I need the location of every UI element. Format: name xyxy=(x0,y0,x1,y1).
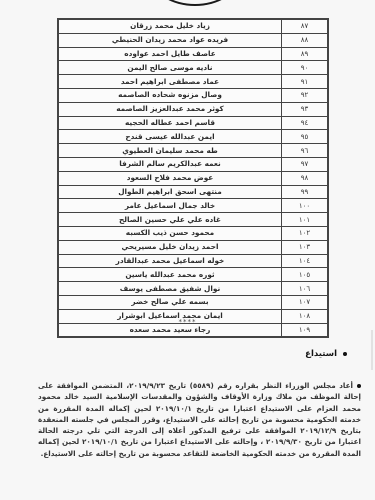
bullet-icon xyxy=(357,384,361,388)
row-name: ناديه موسى صالح اليمن xyxy=(58,61,282,75)
table-row: ٨٨فريده عواد محمد زيدان الحنيطي xyxy=(58,33,328,47)
row-number: ٨٧ xyxy=(282,19,329,33)
row-name: فريده عواد محمد زيدان الحنيطي xyxy=(58,33,282,47)
table-row: ١٠٦نوال شفيق مصطفى يوسف xyxy=(58,282,328,296)
row-number: ١٠٦ xyxy=(282,282,329,296)
row-name: احمد زيدان خليل مسيريحي xyxy=(58,240,282,254)
row-number: ٩٦ xyxy=(282,144,329,158)
row-name: عماد مصطفى ابراهيم احمد xyxy=(58,75,282,89)
section-heading: استيداع xyxy=(305,349,347,359)
row-name: منتهى اسحق ابراهيم الطوال xyxy=(58,185,282,199)
row-number: ٩٥ xyxy=(282,130,329,144)
row-number: ٩٧ xyxy=(282,157,329,171)
row-name: خوله اسماعيل محمد عبدالقادر xyxy=(58,254,282,268)
row-number: ٩٤ xyxy=(282,116,329,130)
decision-paragraph-text: أعاد مجلس الوزراء النظر بقراره رقم (٥٥٨٩… xyxy=(38,381,361,458)
table-row: ٩٦طه محمد سليمان العطيوي xyxy=(58,144,328,158)
page-edge-shadow xyxy=(371,330,373,370)
table-row: ١٠١غاده علي علي حسين الصالح xyxy=(58,213,328,227)
row-number: ١٠٢ xyxy=(282,226,329,240)
row-name: طه محمد سليمان العطيوي xyxy=(58,144,282,158)
row-number: ١٠٧ xyxy=(282,295,329,309)
row-name: ايمن عبدالله عيسى قندح xyxy=(58,130,282,144)
table-row: ٩٤قاسم احمد عطاله الحجيه xyxy=(58,116,328,130)
row-name: نعمه عبدالكريم سالم الشرفا xyxy=(58,157,282,171)
row-name: غاده علي علي حسين الصالح xyxy=(58,213,282,227)
row-name: محمود حسن ذيب الكسبه xyxy=(58,226,282,240)
table-row: ١٠٥ثوره محمد عبدالله ياسين xyxy=(58,268,328,282)
row-number: ١٠٥ xyxy=(282,268,329,282)
table-row: ٩٠ناديه موسى صالح اليمن xyxy=(58,61,328,75)
table-row: ٩٧نعمه عبدالكريم سالم الشرفا xyxy=(58,157,328,171)
table-row: ٩٨عوض محمد فلاح السعود xyxy=(58,171,328,185)
row-number: ١٠١ xyxy=(282,213,329,227)
row-number: ١٠٤ xyxy=(282,254,329,268)
row-number: ٩٠ xyxy=(282,61,329,75)
row-name: بسمه علي صالح خضر xyxy=(58,295,282,309)
header-arc-decoration xyxy=(152,0,238,6)
row-name: عاصف طايل احمد عواوده xyxy=(58,47,282,61)
row-name: ثوره محمد عبدالله ياسين xyxy=(58,268,282,282)
table-row: ٩٥ايمن عبدالله عيسى قندح xyxy=(58,130,328,144)
row-number: ٩٩ xyxy=(282,185,329,199)
section-separator: **** xyxy=(0,318,375,326)
table-row: ٩٣كوثر محمد عبدالعزيز الصاصمه xyxy=(58,102,328,116)
table-row: ٩٩منتهى اسحق ابراهيم الطوال xyxy=(58,185,328,199)
row-name: وصال مزنوه شحاده الصاصمه xyxy=(58,88,282,102)
table-row: ١٠٧بسمه علي صالح خضر xyxy=(58,295,328,309)
row-name: قاسم احمد عطاله الحجيه xyxy=(58,116,282,130)
row-number: ٩٢ xyxy=(282,88,329,102)
table-row: ٨٩عاصف طايل احمد عواوده xyxy=(58,47,328,61)
row-name: نوال شفيق مصطفى يوسف xyxy=(58,282,282,296)
row-number: ١٠٣ xyxy=(282,240,329,254)
table-row: ١٠٠خالد جمال اسماعيل عامر xyxy=(58,199,328,213)
decision-paragraph: أعاد مجلس الوزراء النظر بقراره رقم (٥٥٨٩… xyxy=(38,380,361,459)
row-number: ٨٩ xyxy=(282,47,329,61)
section-title-text: استيداع xyxy=(305,349,337,359)
table-row: ٩١عماد مصطفى ابراهيم احمد xyxy=(58,75,328,89)
table-row: ٩٢وصال مزنوه شحاده الصاصمه xyxy=(58,88,328,102)
row-number: ١٠٠ xyxy=(282,199,329,213)
bullet-icon xyxy=(343,352,347,356)
row-number: ٩٣ xyxy=(282,102,329,116)
row-name: زياد خليل محمد زرقان xyxy=(58,19,282,33)
table-row: ١٠٣احمد زيدان خليل مسيريحي xyxy=(58,240,328,254)
document-page: ٨٧زياد خليل محمد زرقان٨٨فريده عواد محمد … xyxy=(0,0,375,500)
table-row: ١٠٢محمود حسن ذيب الكسبه xyxy=(58,226,328,240)
row-number: ٩٨ xyxy=(282,171,329,185)
row-number: ٩١ xyxy=(282,75,329,89)
row-name: خالد جمال اسماعيل عامر xyxy=(58,199,282,213)
row-name: كوثر محمد عبدالعزيز الصاصمه xyxy=(58,102,282,116)
row-name: عوض محمد فلاح السعود xyxy=(58,171,282,185)
table-row: ٨٧زياد خليل محمد زرقان xyxy=(58,19,328,33)
row-number: ٨٨ xyxy=(282,33,329,47)
table-row: ١٠٤خوله اسماعيل محمد عبدالقادر xyxy=(58,254,328,268)
names-table: ٨٧زياد خليل محمد زرقان٨٨فريده عواد محمد … xyxy=(57,18,329,338)
